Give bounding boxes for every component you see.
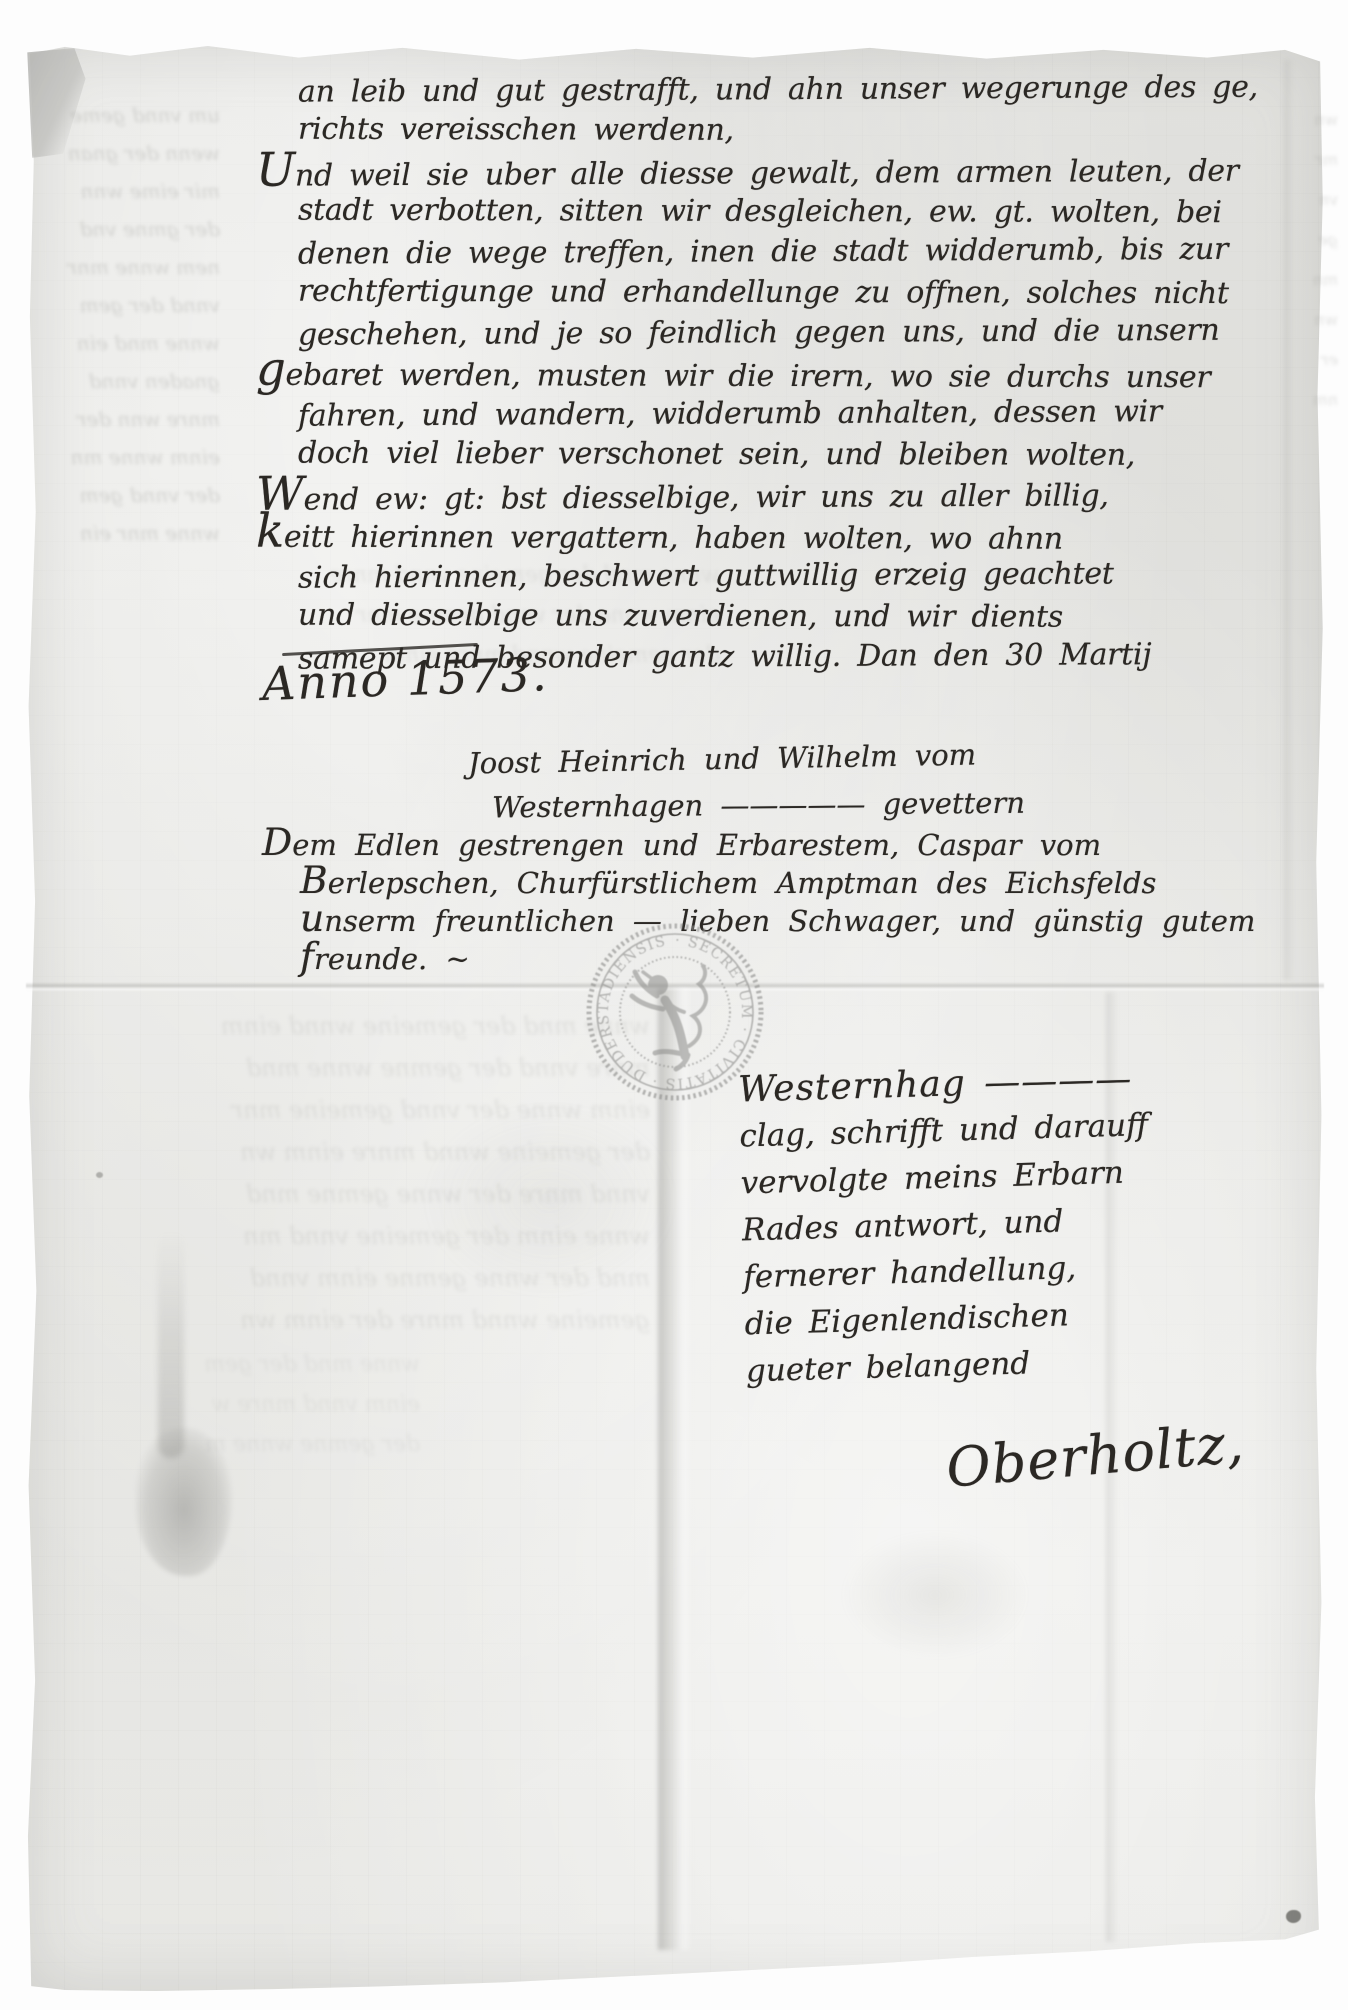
letter-line: keitt hierinnen vergattern, haben wolten…: [256, 514, 1310, 557]
city-seal-stamp: · SECRETUM · CIVITATIS · DUDERSTADIENSIS: [585, 922, 765, 1102]
letter-line: und diesselbige uns zuverdienen, und wir…: [298, 595, 1310, 638]
letter-line: an leib und gut gestrafft, und ahn unser…: [298, 67, 1310, 113]
address-line: Berlepschen, Churfürstlichem Amptman des…: [300, 864, 1310, 902]
letter-line: rechtfertigunge und erhandellunge zu off…: [298, 271, 1310, 314]
letter-line: Und weil sie uber alle diesse gewalt, de…: [256, 148, 1310, 194]
letter-line: richts vereisschen werdenn,: [298, 109, 1310, 152]
letter-line: sich hierinnen, beschwert guttwillig erz…: [298, 553, 1310, 599]
letter-line: geschehen, und je so feindlich gegen uns…: [298, 310, 1310, 356]
address-block: Dem Edlen gestrengen und Erbarestem, Cas…: [300, 826, 1310, 978]
address-line: Dem Edlen gestrengen und Erbarestem, Cas…: [262, 826, 1310, 864]
ink-speck: [96, 1172, 103, 1178]
letter-line: stadt verbotten, sitten wir desgleichen,…: [298, 190, 1310, 233]
faint-stain: [420, 1100, 680, 1300]
address-line: unserm freuntlichen — lieben Schwager, u…: [300, 902, 1310, 940]
rampant-lion-icon: [632, 966, 706, 1069]
letter-line: Wend ew: gt: bst diesselbige, wir uns zu…: [256, 472, 1310, 518]
date-line: Anno 1573.: [261, 647, 549, 711]
bleed-through-left-margin: um vnnd geme wenn der gnan mir eime wnn …: [34, 96, 220, 552]
letter-line: fahren, und wandern, widderumb anhalten,…: [298, 391, 1310, 437]
signature-line-family: Westernhagen ————— gevettern: [492, 786, 1025, 825]
letter-body: an leib und gut gestrafft, und ahn unser…: [298, 70, 1310, 678]
photograph-of-manuscript: um vnnd geme wenn der gnan mir eime wnn …: [0, 0, 1348, 2010]
letter-line: gebaret werden, musten wir die irern, wo…: [256, 352, 1310, 395]
letter-line: denen die wege treffen, inen die stadt w…: [298, 229, 1310, 275]
water-stain-drip: [158, 1232, 184, 1458]
letter-line: doch viel lieber verschonet sein, und bl…: [298, 433, 1310, 476]
faint-stain: [840, 1530, 1030, 1660]
bleed-through-faded: wnne mnd der gem einm vnnd mnre w der ge…: [60, 1345, 420, 1465]
water-stain-blob: [136, 1428, 232, 1576]
docket-block: Westernhag ———— clag, schrifft und darau…: [737, 1054, 1206, 1396]
vertical-fold-crease-upper: [1284, 60, 1294, 980]
address-line: freunde. ~: [300, 940, 1310, 978]
